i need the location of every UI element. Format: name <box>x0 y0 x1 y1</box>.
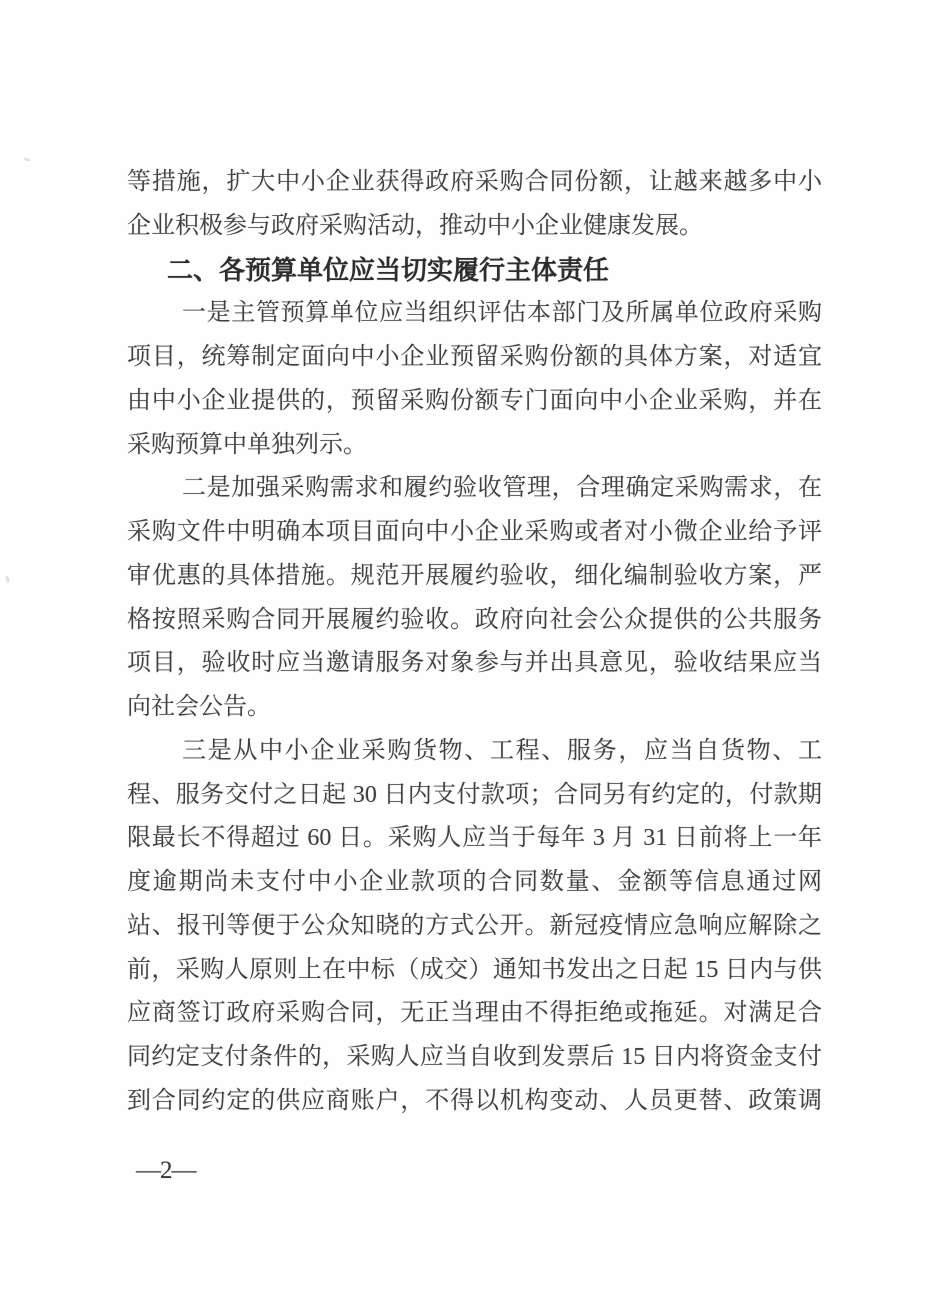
text-line: 采购文件中明确本项目面向中小企业采购或者对小微企业给予评 <box>127 511 822 555</box>
text-line: 格按照采购合同开展履约验收。政府向社会公众提供的公共服务 <box>127 599 822 643</box>
text-line: 站、报刊等便于公众知晓的方式公开。新冠疫情应急响应解除之 <box>127 905 822 949</box>
document-body: 等措施，扩大中小企业获得政府采购合同份额，让越来越多中小 企业积极参与政府采购活… <box>127 161 822 1124</box>
text-line: 同约定支付条件的，采购人应当自收到发票后 15 日内将资金支付 <box>127 1036 822 1080</box>
text-line: 审优惠的具体措施。规范开展履约验收，细化编制验收方案，严 <box>127 555 822 599</box>
text-line: 由中小企业提供的，预留采购份额专门面向中小企业采购，并在 <box>127 380 822 424</box>
text-line: 等措施，扩大中小企业获得政府采购合同份额，让越来越多中小 <box>127 161 822 205</box>
text-line: 限最长不得超过 60 日。采购人应当于每年 3 月 31 日前将上一年 <box>127 817 822 861</box>
text-line: 度逾期尚未支付中小企业款项的合同数量、金额等信息通过网 <box>127 861 822 905</box>
text-line: 项目，统筹制定面向中小企业预留采购份额的具体方案，对适宜 <box>127 336 822 380</box>
text-line: 到合同约定的供应商账户，不得以机构变动、人员更替、政策调 <box>127 1080 822 1124</box>
text-line: 应商签订政府采购合同，无正当理由不得拒绝或拖延。对满足合 <box>127 992 822 1036</box>
text-line: 项目，验收时应当邀请服务对象参与并出具意见，验收结果应当 <box>127 642 822 686</box>
scan-artifact <box>24 157 31 162</box>
text-line: 三是从中小企业采购货物、工程、服务，应当自货物、工 <box>127 730 822 774</box>
page-number: —2— <box>136 1156 196 1186</box>
scan-artifact <box>5 576 10 584</box>
text-line: 企业积极参与政府采购活动，推动中小企业健康发展。 <box>127 205 822 249</box>
section-heading: 二、各预算单位应当切实履行主体责任 <box>127 249 822 293</box>
document-page: 等措施，扩大中小企业获得政府采购合同份额，让越来越多中小 企业积极参与政府采购活… <box>0 0 930 1313</box>
text-line: 二是加强采购需求和履约验收管理，合理确定采购需求，在 <box>127 467 822 511</box>
text-line: 一是主管预算单位应当组织评估本部门及所属单位政府采购 <box>127 292 822 336</box>
text-line: 采购预算中单独列示。 <box>127 424 822 468</box>
text-line: 向社会公告。 <box>127 686 822 730</box>
text-line: 前，采购人原则上在中标（成交）通知书发出之日起 15 日内与供 <box>127 949 822 993</box>
text-line: 程、服务交付之日起 30 日内支付款项；合同另有约定的，付款期 <box>127 774 822 818</box>
